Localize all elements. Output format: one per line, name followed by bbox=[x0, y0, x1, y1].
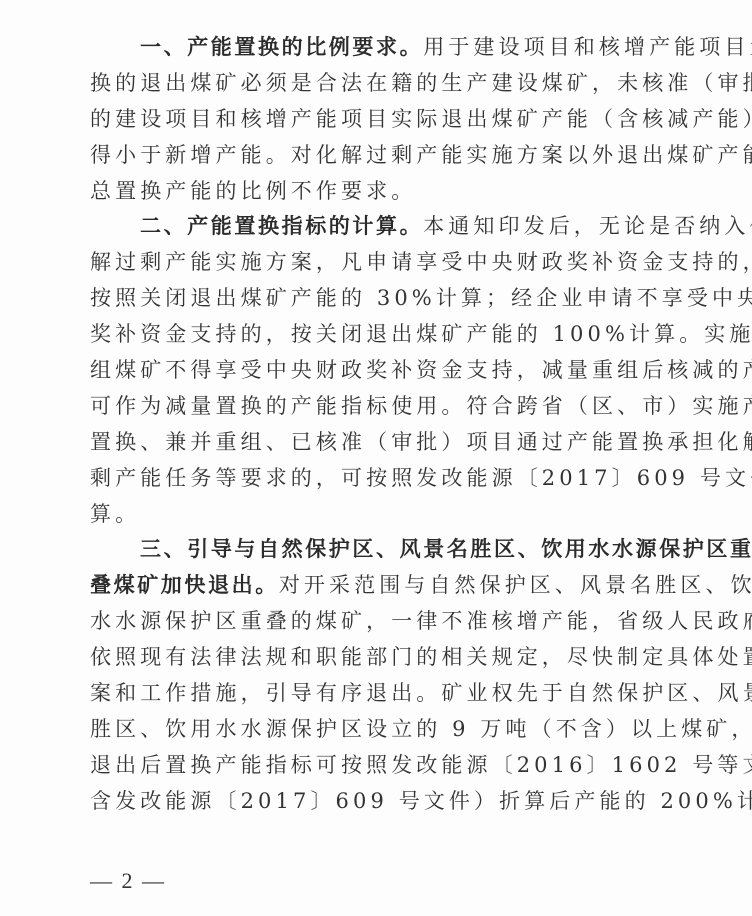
paragraph-line: 一、产能置换的比例要求。用于建设项目和核增产能项目置 bbox=[90, 30, 646, 66]
paragraph-line: 按照关闭退出煤矿产能的 30%计算；经企业申请不享受中央财政 bbox=[90, 281, 646, 317]
paragraph-line: 退出后置换产能指标可按照发改能源〔2016〕1602 号等文件（不 bbox=[90, 748, 646, 784]
paragraph-line: 组煤矿不得享受中央财政奖补资金支持，减量重组后核减的产能 bbox=[90, 353, 646, 389]
paragraph-line: 依照现有法律法规和职能部门的相关规定，尽快制定具体处置方 bbox=[90, 640, 646, 676]
paragraph-line: 胜区、饮用水水源保护区设立的 9 万吨（不含）以上煤矿，主动 bbox=[90, 712, 646, 748]
line-text: 用于建设项目和核增产能项目置 bbox=[423, 35, 752, 59]
section-heading: 三、引导与自然保护区、风景名胜区、饮用水水源保护区重 bbox=[140, 537, 752, 561]
section-heading: 一、产能置换的比例要求。 bbox=[140, 35, 423, 59]
paragraph-line: 案和工作措施，引导有序退出。矿业权先于自然保护区、风景名 bbox=[90, 676, 646, 712]
document-page: 一、产能置换的比例要求。用于建设项目和核增产能项目置 换的退出煤矿必须是合法在籍… bbox=[0, 0, 752, 916]
line-text: 对开采范围与自然保护区、风景名胜区、饮用 bbox=[279, 573, 752, 597]
section-protected-area-exit: 三、引导与自然保护区、风景名胜区、饮用水水源保护区重 叠煤矿加快退出。对开采范围… bbox=[90, 532, 646, 819]
paragraph-line: 总置换产能的比例不作要求。 bbox=[90, 174, 646, 210]
paragraph-line: 的建设项目和核增产能项目实际退出煤矿产能（含核减产能）不 bbox=[90, 102, 646, 138]
section-capacity-index-calculation: 二、产能置换指标的计算。本通知印发后，无论是否纳入化 解过剩产能实施方案，凡申请… bbox=[90, 209, 646, 532]
paragraph-line: 解过剩产能实施方案，凡申请享受中央财政奖补资金支持的，均 bbox=[90, 245, 646, 281]
paragraph-line: 换的退出煤矿必须是合法在籍的生产建设煤矿，未核准（审批） bbox=[90, 66, 646, 102]
document-body: 一、产能置换的比例要求。用于建设项目和核增产能项目置 换的退出煤矿必须是合法在籍… bbox=[90, 30, 646, 820]
section-product-capacity-ratio: 一、产能置换的比例要求。用于建设项目和核增产能项目置 换的退出煤矿必须是合法在籍… bbox=[90, 30, 646, 209]
paragraph-line: 奖补资金支持的，按关闭退出煤矿产能的 100%计算。实施减量重 bbox=[90, 317, 646, 353]
paragraph-line: 得小于新增产能。对化解过剩产能实施方案以外退出煤矿产能占 bbox=[90, 138, 646, 174]
paragraph-line: 二、产能置换指标的计算。本通知印发后，无论是否纳入化 bbox=[90, 209, 646, 245]
paragraph-line: 叠煤矿加快退出。对开采范围与自然保护区、风景名胜区、饮用 bbox=[90, 568, 646, 604]
paragraph-line: 算。 bbox=[90, 497, 646, 533]
paragraph-line: 三、引导与自然保护区、风景名胜区、饮用水水源保护区重 bbox=[90, 532, 646, 568]
section-heading: 二、产能置换指标的计算。 bbox=[140, 214, 423, 238]
paragraph-line: 含发改能源〔2017〕609 号文件）折算后产能的 200%计算。 bbox=[90, 784, 646, 820]
paragraph-line: 剩产能任务等要求的，可按照发改能源〔2017〕609 号文件进行折 bbox=[90, 461, 646, 497]
paragraph-line: 可作为减量置换的产能指标使用。符合跨省（区、市）实施产能 bbox=[90, 389, 646, 425]
paragraph-line: 置换、兼并重组、已核准（审批）项目通过产能置换承担化解过 bbox=[90, 425, 646, 461]
section-heading-continued: 叠煤矿加快退出。 bbox=[90, 573, 279, 597]
paragraph-line: 水水源保护区重叠的煤矿，一律不准核增产能，省级人民政府要 bbox=[90, 604, 646, 640]
line-text: 本通知印发后，无论是否纳入化 bbox=[423, 214, 752, 238]
page-number: — 2 — bbox=[90, 868, 166, 894]
